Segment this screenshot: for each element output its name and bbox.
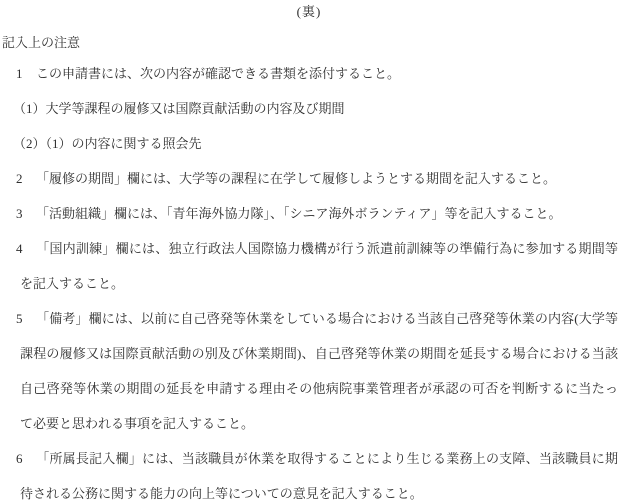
note-text: を記入すること。 xyxy=(20,276,124,291)
note-item: 2「履修の期間」欄には、大学等の課程に在学して履修しようとする期間を記入すること… xyxy=(0,161,618,196)
note-item: 3「活動組織」欄には、「青年海外協力隊」、「シニア海外ボランティア」等を記入する… xyxy=(0,196,618,231)
note-number: 1 xyxy=(16,56,36,91)
notes-list: 1この申請書には、次の内容が確認できる書類を添付すること。（1）大学等課程の履修… xyxy=(0,56,618,504)
note-line: 課程の履修又は国際貢献活動の別及び休業期間)、自己啓発等休業の期間を延長する場合… xyxy=(0,336,618,371)
note-text: て必要と思われる事項を記入すること。 xyxy=(20,416,254,431)
note-item: 1この申請書には、次の内容が確認できる書類を添付すること。 xyxy=(0,56,618,91)
note-line: を記入すること。 xyxy=(0,266,618,301)
note-text: 自己啓発等休業の期間の延長を申請する理由その他病院事業管理者が承認の可否を判断す… xyxy=(20,381,618,396)
note-line: （1）大学等課程の履修又は国際貢献活動の内容及び期間 xyxy=(0,91,618,126)
page-side-label: (裏) xyxy=(0,0,618,26)
note-text: （1）大学等課程の履修又は国際貢献活動の内容及び期間 xyxy=(13,101,345,116)
note-item: 6「所属長記入欄」には、当該職員が休業を取得することにより生じる業務上の支障、当… xyxy=(0,441,618,504)
note-line: （2）（1）の内容に関する照会先 xyxy=(0,126,618,161)
note-text: 「備考」欄には、以前に自己啓発等休業をしている場合における当該自己啓発等休業の内… xyxy=(36,311,618,326)
note-item: （2）（1）の内容に関する照会先 xyxy=(0,126,618,161)
note-line: 自己啓発等休業の期間の延長を申請する理由その他病院事業管理者が承認の可否を判断す… xyxy=(0,371,618,406)
note-text: 「活動組織」欄には、「青年海外協力隊」、「シニア海外ボランティア」等を記入するこ… xyxy=(36,206,561,221)
note-number: 2 xyxy=(16,161,36,196)
note-text: 課程の履修又は国際貢献活動の別及び休業期間)、自己啓発等休業の期間を延長する場合… xyxy=(20,346,618,361)
note-number: 5 xyxy=(16,301,36,336)
note-line: 2「履修の期間」欄には、大学等の課程に在学して履修しようとする期間を記入すること… xyxy=(0,161,618,196)
note-text: 待される公務に関する能力の向上等についての意見を記入すること。 xyxy=(20,486,423,501)
note-line: 3「活動組織」欄には、「青年海外協力隊」、「シニア海外ボランティア」等を記入する… xyxy=(0,196,618,231)
note-number: 3 xyxy=(16,196,36,231)
note-item: （1）大学等課程の履修又は国際貢献活動の内容及び期間 xyxy=(0,91,618,126)
note-item: 4「国内訓練」欄には、独立行政法人国際協力機構が行う派遣前訓練等の準備行為に参加… xyxy=(0,231,618,301)
note-text: この申請書には、次の内容が確認できる書類を添付すること。 xyxy=(36,66,400,81)
notes-heading: 記入上の注意 xyxy=(0,26,618,56)
note-line: 1この申請書には、次の内容が確認できる書類を添付すること。 xyxy=(0,56,618,91)
document-page: (裏) 記入上の注意 1この申請書には、次の内容が確認できる書類を添付すること。… xyxy=(0,0,620,504)
note-text: 「履修の期間」欄には、大学等の課程に在学して履修しようとする期間を記入すること。 xyxy=(36,171,556,186)
note-line: 6「所属長記入欄」には、当該職員が休業を取得することにより生じる業務上の支障、当… xyxy=(0,441,618,476)
note-line: て必要と思われる事項を記入すること。 xyxy=(0,406,618,441)
note-text: 「所属長記入欄」には、当該職員が休業を取得することにより生じる業務上の支障、当該… xyxy=(36,451,618,466)
note-number: 6 xyxy=(16,441,36,476)
note-line: 待される公務に関する能力の向上等についての意見を記入すること。 xyxy=(0,476,618,504)
note-text: （2）（1）の内容に関する照会先 xyxy=(13,136,202,151)
note-line: 4「国内訓練」欄には、独立行政法人国際協力機構が行う派遣前訓練等の準備行為に参加… xyxy=(0,231,618,266)
note-text: 「国内訓練」欄には、独立行政法人国際協力機構が行う派遣前訓練等の準備行為に参加す… xyxy=(36,241,618,256)
note-line: 5「備考」欄には、以前に自己啓発等休業をしている場合における当該自己啓発等休業の… xyxy=(0,301,618,336)
note-number: 4 xyxy=(16,231,36,266)
note-item: 5「備考」欄には、以前に自己啓発等休業をしている場合における当該自己啓発等休業の… xyxy=(0,301,618,441)
